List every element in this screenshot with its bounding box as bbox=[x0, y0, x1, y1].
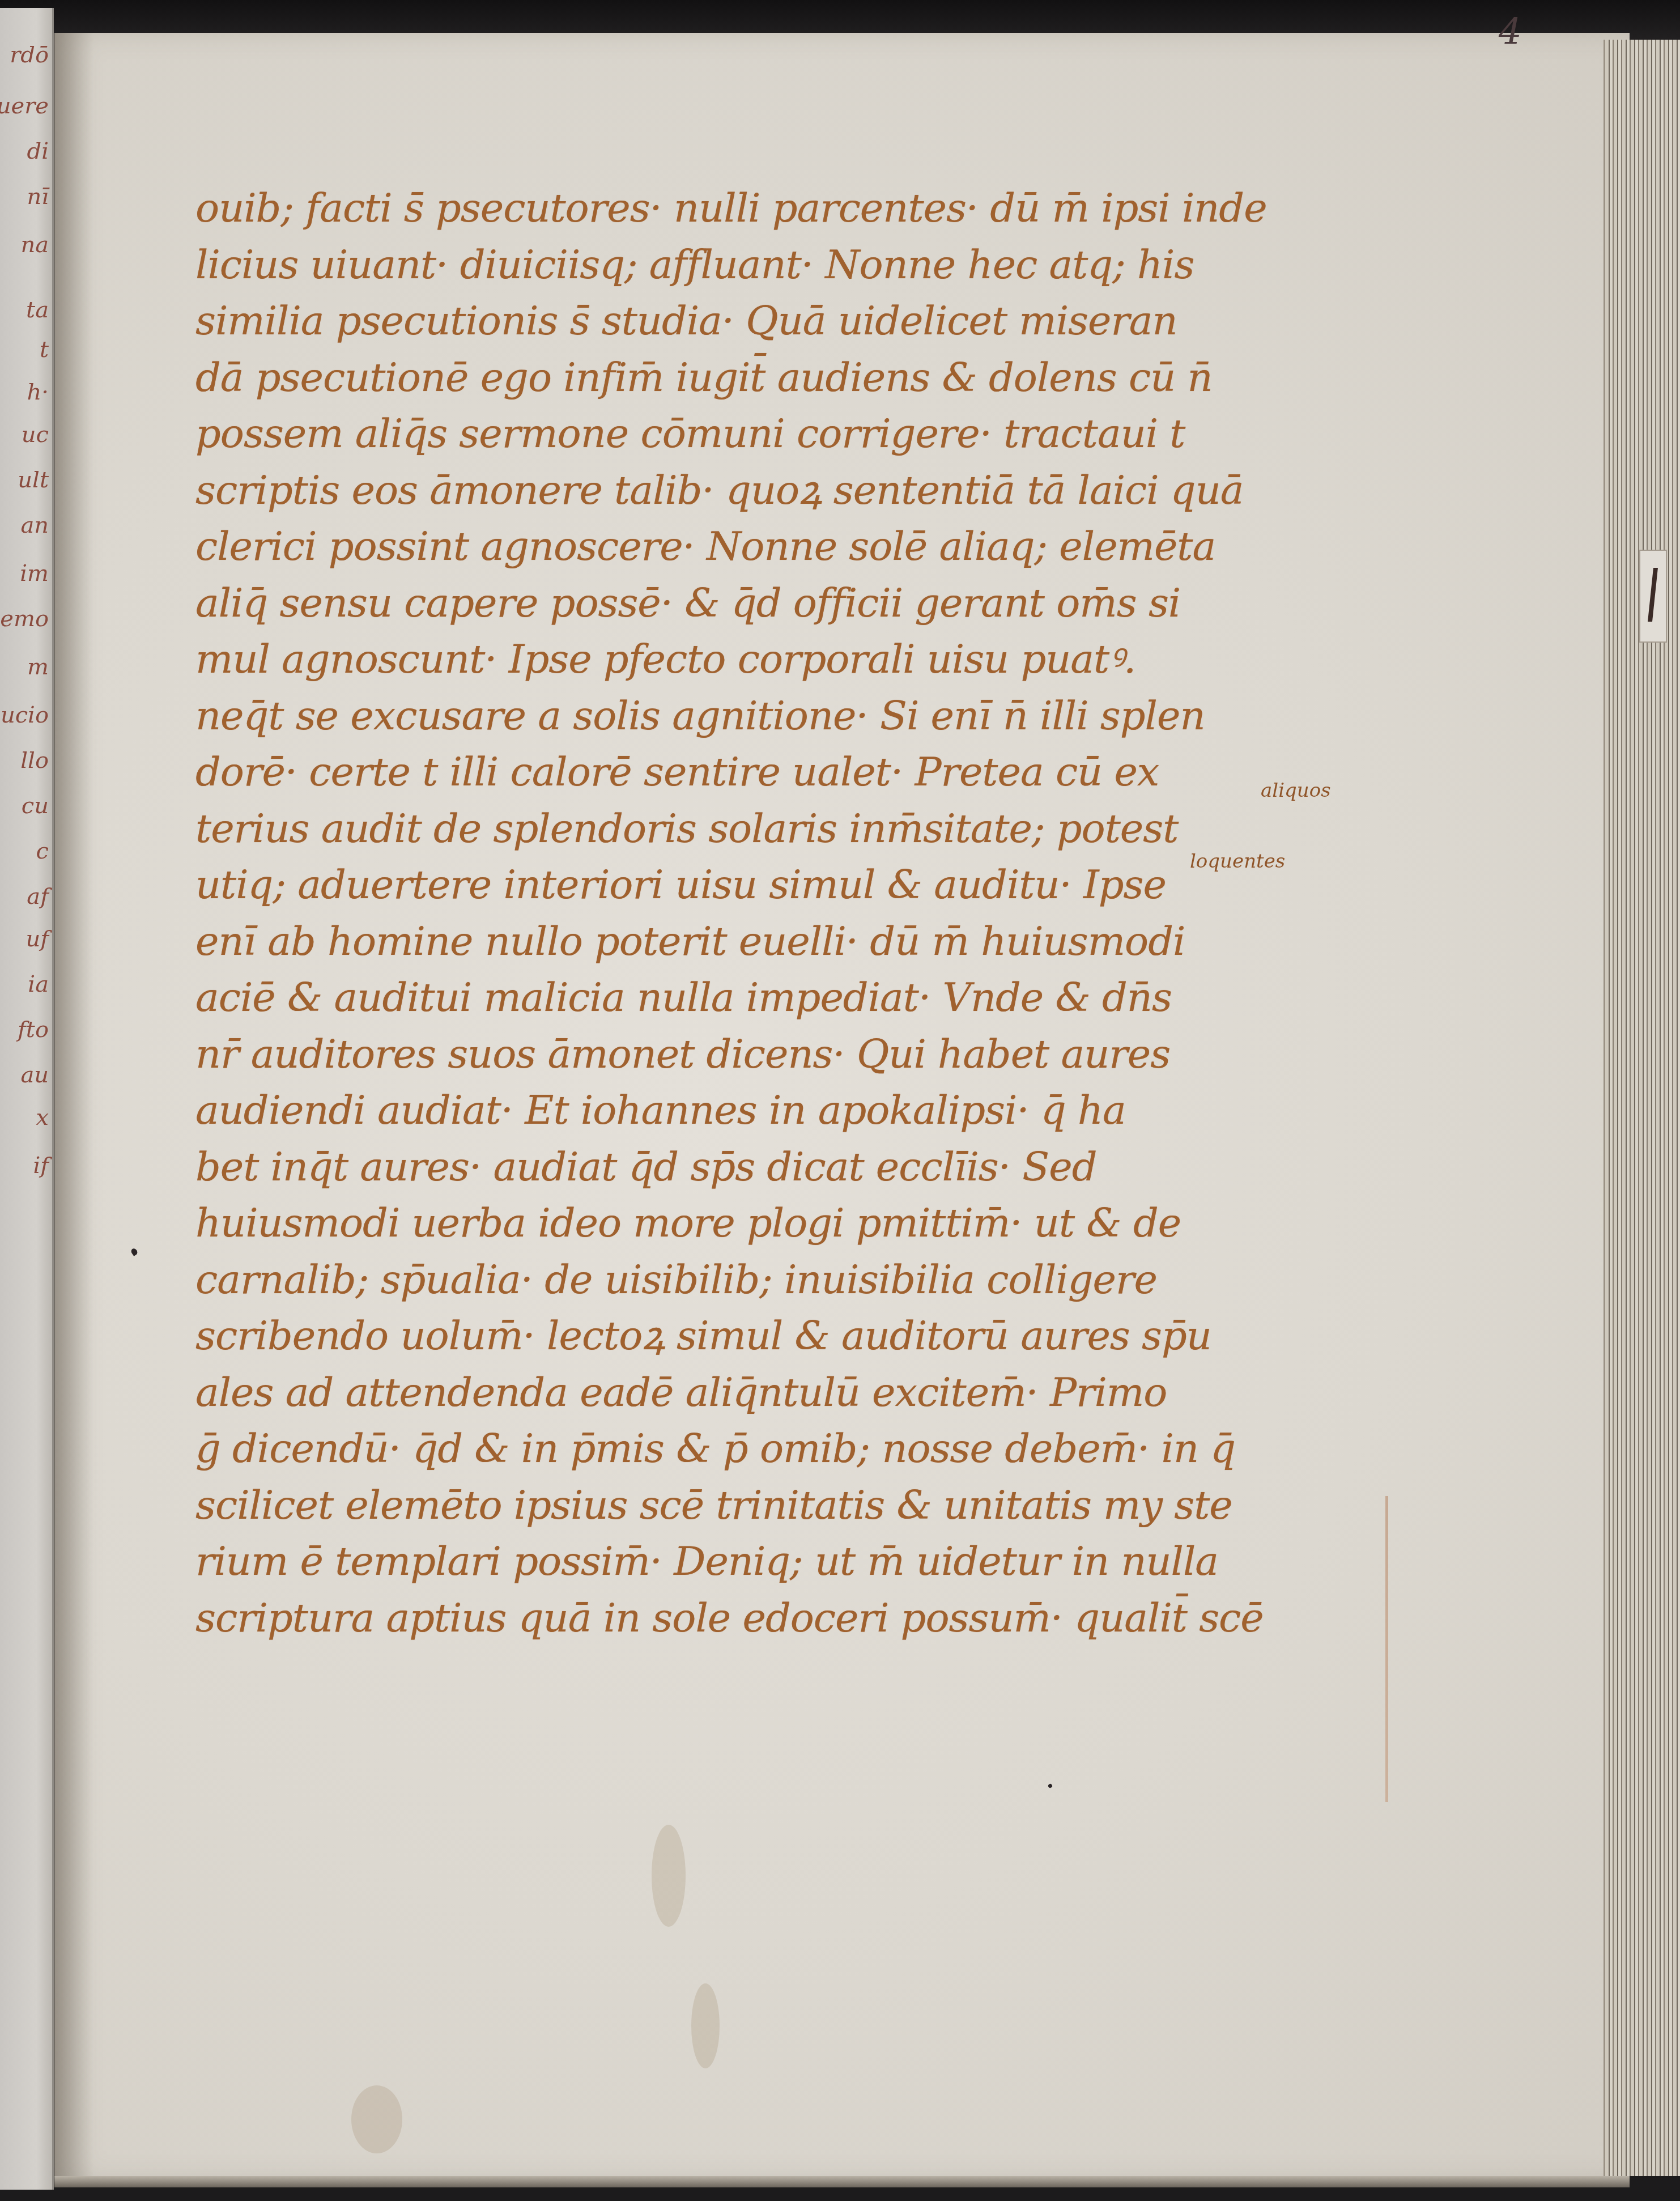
left-page-text-fragment: t bbox=[40, 337, 49, 363]
left-page-text-fragment: uere bbox=[0, 93, 49, 119]
gutter-shadow bbox=[54, 33, 94, 2181]
manuscript-line: ales ad attendenda eadē aliq̄ntulū excit… bbox=[195, 1365, 1363, 1421]
page-edge-stack bbox=[1604, 40, 1680, 2176]
manuscript-line: dorē· certe t illi calorē sentire ualet·… bbox=[195, 744, 1363, 801]
left-page-text-fragment: if bbox=[33, 1153, 49, 1179]
manuscript-line: rium ē templari possim̄· Deniq; ut m̄ ui… bbox=[195, 1533, 1363, 1590]
manuscript-line: scriptura aptius quā in sole edoceri pos… bbox=[195, 1590, 1363, 1647]
left-page-text-fragment: fto bbox=[18, 1017, 49, 1043]
left-page-text-fragment: nī bbox=[27, 184, 49, 210]
left-page-text-fragment: uf bbox=[25, 926, 49, 952]
left-page-text-fragment: an bbox=[20, 512, 49, 538]
text-block: ouib; facti s̄ psecutores· nulli parcent… bbox=[195, 180, 1363, 1646]
left-page-text-fragment: ult bbox=[18, 467, 49, 493]
manuscript-line: enī ab homine nullo poterit euelli· dū m… bbox=[195, 913, 1363, 970]
manuscript-line: bet inq̄t aures· audiat q̄d sp̄s dicat e… bbox=[195, 1139, 1363, 1196]
manuscript-line: possem aliq̄s sermone cōmuni corrigere· … bbox=[195, 406, 1363, 462]
margin-ruling-line bbox=[1385, 1496, 1388, 1802]
manuscript-line: dā psecutionē ego infim̄ iugit̄ audiens … bbox=[195, 350, 1363, 406]
left-page-text-fragment: na bbox=[20, 232, 49, 258]
interlinear-gloss: loquentes bbox=[1190, 850, 1285, 873]
manuscript-line: scribendo uolum̄· lectoꝝ simul & auditor… bbox=[195, 1308, 1363, 1365]
facing-verso-page-edge: rdōueredinīnatath·ucultanimemomuciollocu… bbox=[0, 8, 54, 2190]
left-page-text-fragment: m bbox=[27, 654, 49, 680]
manuscript-line: huiusmodi uerba ideo more plogi pmittim̄… bbox=[195, 1195, 1363, 1252]
left-page-text-fragment: uc bbox=[22, 422, 49, 448]
manuscript-line: aliq̄ sensu capere possē· & q̄d officii … bbox=[195, 575, 1363, 632]
left-page-text-fragment: im bbox=[20, 560, 49, 587]
manuscript-line: carnalib; sp̄ualia· de uisibilib; inuisi… bbox=[195, 1252, 1363, 1308]
manuscript-line: nr̄ auditores suos āmonet dicens· Qui ha… bbox=[195, 1026, 1363, 1083]
stain bbox=[652, 1825, 686, 1927]
manuscript-line: terius audit de splendoris solaris inm̄s… bbox=[195, 801, 1363, 857]
manuscript-line: clerici possint agnoscere· Nonne solē al… bbox=[195, 519, 1363, 575]
left-page-text-fragment: cu bbox=[22, 793, 49, 819]
manuscript-line: ḡ dicendū· q̄d & in p̄mis & p̄ omib; nos… bbox=[195, 1421, 1363, 1477]
left-page-text-fragment: llo bbox=[20, 747, 49, 774]
left-page-text-fragment: c bbox=[36, 838, 49, 864]
manuscript-line: aciē & auditui malicia nulla impediat· V… bbox=[195, 970, 1363, 1026]
manuscript-line: similia psecutionis s̄ studia· Quā uidel… bbox=[195, 293, 1363, 350]
folio-number: 4 bbox=[1499, 11, 1522, 53]
manuscript-line: scilicet elemēto ipsius scē trinitatis &… bbox=[195, 1477, 1363, 1534]
left-page-text-fragment: ta bbox=[26, 297, 49, 323]
page-tab-marker bbox=[1639, 550, 1667, 643]
left-page-text-fragment: di bbox=[27, 138, 49, 164]
manuscript-line: utiq; aduertere interiori uisu simul & a… bbox=[195, 857, 1363, 913]
manuscript-line: licius uiuant· diuiciisq; affluant· Nonn… bbox=[195, 237, 1363, 294]
left-page-text-fragment: af bbox=[27, 883, 49, 910]
stain bbox=[691, 1983, 720, 2068]
manuscript-line: neq̄t se excusare a solis agnitione· Si … bbox=[195, 688, 1363, 745]
manuscript-line: scriptis eos āmonere talib· quoꝝ sentent… bbox=[195, 462, 1363, 519]
left-page-text-fragment: ia bbox=[28, 971, 49, 997]
manuscript-line: mul agnoscunt· Ipse pfecto corporali uis… bbox=[195, 631, 1363, 688]
stain bbox=[351, 2085, 402, 2153]
manuscript-line: audiendi audiat· Et iohannes in apokalip… bbox=[195, 1082, 1363, 1139]
left-page-text-fragment: x bbox=[36, 1104, 49, 1131]
left-page-text-fragment: rdō bbox=[10, 42, 49, 68]
left-page-text-fragment: emo bbox=[0, 606, 49, 632]
interlinear-gloss: aliquos bbox=[1261, 779, 1331, 802]
bottom-page-edge bbox=[54, 2176, 1630, 2187]
manuscript-line: ouib; facti s̄ psecutores· nulli parcent… bbox=[195, 180, 1363, 237]
left-page-text-fragment: h· bbox=[27, 379, 49, 405]
left-page-text-fragment: au bbox=[20, 1062, 49, 1088]
left-page-text-fragment: ucio bbox=[1, 702, 49, 728]
